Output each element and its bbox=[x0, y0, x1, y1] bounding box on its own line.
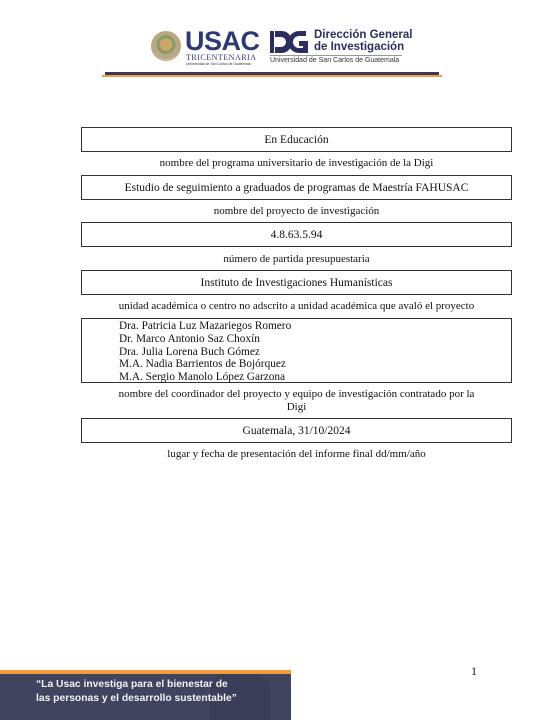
usac-subtitle: TRICENTENARIA bbox=[186, 53, 257, 62]
team-field: Dra. Patricia Luz Mazariegos Romero Dr. … bbox=[81, 318, 512, 383]
footer-quote-line2: las personas y el desarrollo sustentable… bbox=[36, 692, 237, 706]
program-label: nombre del programa universitario de inv… bbox=[81, 157, 512, 170]
digi-divider bbox=[270, 55, 402, 56]
team-member: Dra. Julia Lorena Buch Gómez bbox=[119, 346, 511, 359]
team-label-line1: nombre del coordinador del proyecto y eq… bbox=[81, 388, 512, 401]
date-field: Guatemala, 31/10/2024 bbox=[81, 418, 512, 443]
team-label-line2: Digi bbox=[81, 401, 512, 414]
digi-logo-icon bbox=[270, 31, 310, 53]
team-member: Dra. Patricia Luz Mazariegos Romero bbox=[119, 320, 511, 333]
program-field: En Educación bbox=[81, 127, 512, 152]
date-label: lugar y fecha de presentación del inform… bbox=[81, 448, 512, 461]
team-member: M.A. Nadia Barrientos de Bojórquez bbox=[119, 358, 511, 371]
team-member: Dr. Marco Antonio Saz Choxín bbox=[119, 333, 511, 346]
digi-subtitle: Universidad de San Carlos de Guatemala bbox=[270, 57, 399, 64]
project-label: nombre del proyecto de investigación bbox=[81, 205, 512, 218]
digi-title-line2: de Investigación bbox=[314, 41, 412, 53]
unit-label: unidad académica o centro no adscrito a … bbox=[81, 300, 512, 313]
budget-field: 4.8.63.5.94 bbox=[81, 222, 512, 247]
usac-seal-icon bbox=[151, 31, 181, 61]
footer-banner: “La Usac investiga para el bienestar de … bbox=[0, 670, 291, 720]
usac-tiny-text: Universidad de San Carlos de Guatemala bbox=[186, 62, 251, 66]
team-label: nombre del coordinador del proyecto y eq… bbox=[81, 388, 512, 414]
usac-wordmark: USAC bbox=[185, 26, 260, 56]
letterhead: USAC TRICENTENARIA Universidad de San Ca… bbox=[0, 0, 554, 80]
page-number: 1 bbox=[471, 664, 477, 679]
footer-quote: “La Usac investiga para el bienestar de … bbox=[36, 678, 237, 706]
project-field: Estudio de seguimiento a graduados de pr… bbox=[81, 175, 512, 200]
header-divider-orange bbox=[102, 75, 442, 77]
unit-field: Instituto de Investigaciones Humanística… bbox=[81, 270, 512, 295]
footer-quote-line1: “La Usac investiga para el bienestar de bbox=[36, 678, 237, 692]
budget-label: número de partida presupuestaria bbox=[81, 253, 512, 266]
digi-title-line1: Dirección General bbox=[314, 29, 412, 41]
digi-title: Dirección General de Investigación bbox=[314, 29, 412, 53]
team-member: M.A. Sergio Manolo López Garzona bbox=[119, 371, 511, 384]
